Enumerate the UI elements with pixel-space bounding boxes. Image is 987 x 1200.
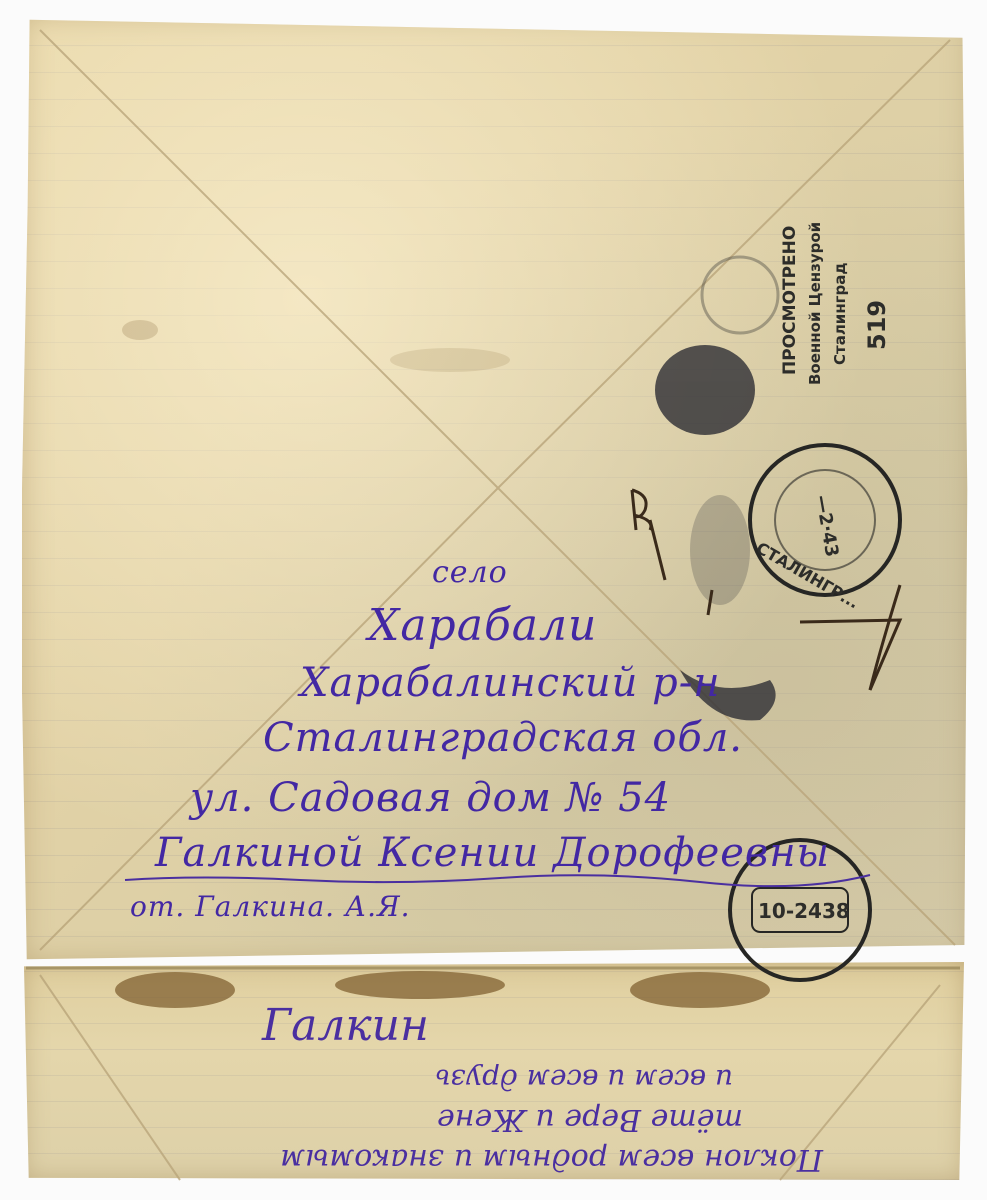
address-line-6: Галкиной Ксении Дорофеевны [155, 830, 830, 876]
svg-text:Военной Цензурой: Военной Цензурой [806, 222, 824, 385]
svg-text:и всем и всем друзь: и всем и всем друзь [435, 1063, 733, 1096]
svg-text:Поклон всем родным и знакомым: Поклон всем родным и знакомым [280, 1142, 824, 1177]
svg-text:ПРОСМОТРЕНО: ПРОСМОТРЕНО [780, 226, 800, 375]
svg-text:10-2438: 10-2438 [758, 899, 850, 923]
censor-stamp: ПРОСМОТРЕНО Военной Цензурой Сталинград … [780, 222, 891, 385]
letter-photo: ПРОСМОТРЕНО Военной Цензурой Сталинград … [0, 0, 987, 1200]
address-line-2: Харабали [368, 600, 597, 651]
address-line-5: ул. Садовая дом № 54 [190, 775, 671, 821]
svg-text:СТАЛИНГР...: СТАЛИНГР... [753, 538, 862, 612]
postmark-stalingrad: —2·43 СТАЛИНГР... [750, 445, 900, 612]
bottom-signature: Галкин [261, 1000, 429, 1051]
faint-emblem-stamp [702, 257, 778, 333]
address-line-4: Сталинградская обл. [263, 715, 743, 761]
recipient-underline [125, 875, 870, 886]
svg-text:тёте Вере и Жене: тёте Вере и Жене [437, 1102, 743, 1137]
address-line-1: село [432, 555, 508, 590]
svg-text:—2·43: —2·43 [811, 493, 843, 558]
address-line-3: Харабалинский р-н [300, 660, 721, 706]
svg-text:Сталинград: Сталинград [831, 263, 849, 366]
sender-line: от. Галкина. А.Я. [130, 890, 411, 923]
upside-down-note: Поклон всем родным и знакомым тёте Вере … [280, 1063, 824, 1177]
svg-text:519: 519 [863, 300, 891, 350]
